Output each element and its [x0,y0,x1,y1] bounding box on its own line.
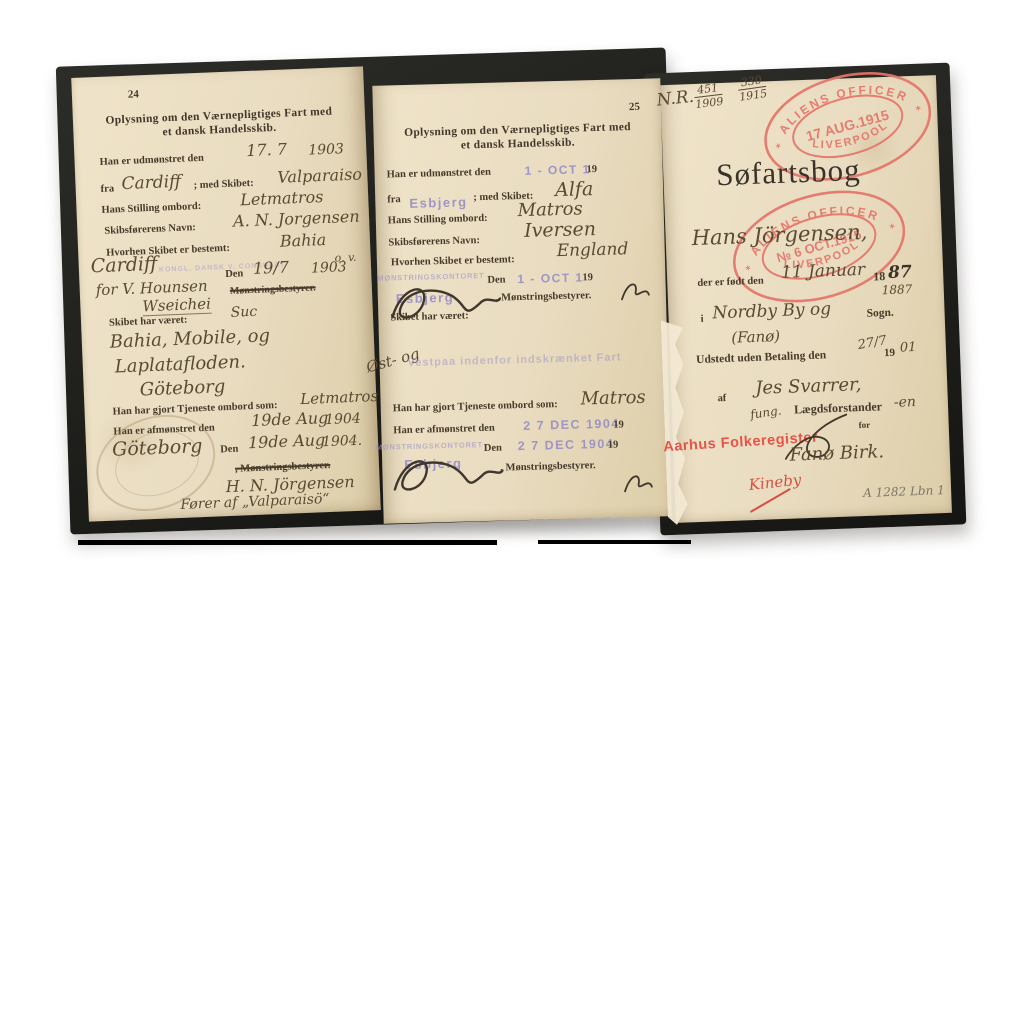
hw-afmonstret-year: 1904 [325,411,361,428]
hw-bestemt: Bahia [280,230,327,251]
photo-of-open-seamans-book: 24 Oplysning om den Værnepligtiges Fart … [0,0,1016,1016]
signature-flourish [617,277,652,308]
hw-fano: (Fanø) [731,327,780,347]
faint-oval-inner-ring [105,419,208,507]
label-afmonstret: Han er afmønstret den [393,423,495,437]
divider-rule-left [78,540,497,545]
page-number: 24 [128,88,139,100]
label-udmonstret: Han er udmønstret den [99,153,204,168]
hw-place-cardiff: Cardiff [90,253,157,278]
label-sogn: Sogn. [866,307,894,320]
label-stilling: Hans Stilling ombord: [388,213,488,227]
label-fra: fra [100,183,114,195]
hw-birk: Fanø Birk. [789,441,884,465]
pencil-inventory-note: A 1282 Lbn 1 [863,483,945,500]
signature-flourish-2 [620,469,655,500]
label-forer: Skibsførerens Navn: [388,235,480,248]
date-stamp-dec-2: 2 7 DEC 1904 [518,437,615,454]
hw-issuer-name: Jes Svarrer, [755,374,862,399]
hw-den-date: 19/7 [253,257,290,277]
hw-forer: A. N. Jorgensen [233,207,360,231]
label-monstringsbestyrer: , Mønstringsbestyrer. [496,290,592,303]
hw-udmonstret-date: 17. 7 [246,139,287,160]
label-udstedt: Udstedt uden Betaling den [696,349,826,366]
hw-stilling: Letmatros [240,187,324,209]
stamp-star-right: ✶ [887,221,897,233]
hw-ports-1: Bahia, Mobile, og [109,325,270,352]
fart-stamp: Vestpaa indenfor indskrænket Fart [407,351,621,369]
hw-forer-af-valparaiso: Fører af „Valparaisö“ [180,491,330,513]
hw-suc: Suc [230,304,257,321]
hw-birth-date: 11 Januar [781,260,866,283]
printed-year-19: 19 [884,347,895,359]
label-stilling: Hans Stilling ombord: [101,201,201,216]
label-fra: fra [387,194,401,205]
date-stamp-dec: 2 7 DEC 1904 [523,416,620,433]
hw-udmonstret-year: 1903 [308,141,344,158]
hw-ports-2: Laplatafloden. [114,351,246,377]
printed-year-19-4: 19 [608,440,619,451]
hw-tjeneste: Matros [580,387,646,410]
fraction-bottom: 1909 [695,95,724,110]
date-stamp-oct-2: 1 - OCT 1 [517,270,584,286]
label-skibet-har-vaeret: Skibet har været: [390,310,469,323]
esbjerg-stamp: Esbjerg [409,194,468,211]
hw-parish: Nordby By og [712,299,831,323]
middle-page: 25 Oplysning om den Værnepligtiges Fart … [372,78,671,523]
label-monstringsbestyrer-2: , Mønstringsbestyrer. [500,460,596,473]
label-udmonstret: Han er udmønstret den [387,167,492,181]
label-den: Den [225,268,244,280]
right-page: N.R. 451 1909 330 1915 ALIENS OFFICER LI… [660,75,952,523]
hw-fra-port: Cardiff [121,172,181,194]
hw-forer: Iversen [524,218,596,242]
label-forer: Skibsførerens Navn: [104,222,196,237]
stamp-star-right: ✶ [913,103,923,115]
hw-red-signature: Kineby [748,471,802,494]
printed-year-19: 19 [586,164,597,175]
hw-den2-date: 19de Aug [248,430,326,452]
hw-bestemt: England [556,239,628,261]
label-af: af [717,393,726,404]
stamp-star-left: ✶ [743,262,753,274]
label-monstringsbestyrer: Mønstringsbestyrer. [230,282,316,296]
printed-year-19-3: 19 [613,419,624,430]
signature-scrawl [383,274,504,333]
hw-issue-year: 01 [900,340,917,356]
label-bestemt: Hvorhen Skibet er bestemt: [391,254,515,268]
signature-scrawl-2 [386,444,507,505]
hw-ship-name: Valparaiso [277,164,362,186]
label-skibet-har-vaeret: Skibet har været: [109,315,188,329]
hw-laegd-suffix: -en [894,394,917,411]
hw-tjeneste: Letmatros [300,387,379,408]
hw-signature-weichei: Wseichei [142,295,211,317]
hw-den2-year: 1904. [322,433,363,451]
divider-rule-right [538,540,691,544]
hw-ports-3: Göteborg [139,376,225,400]
date-stamp-oct: 1 - OCT 1 [524,162,591,178]
stamp-star-left: ✶ [773,140,783,152]
page-number: 25 [629,101,640,113]
printed-year-19-2: 19 [582,272,593,283]
hw-birth-year: 87 [888,262,912,283]
label-den-2: Den [220,444,239,456]
hw-afmonstret-date: 19de Aug [251,408,329,430]
hw-registry-fraction-1: 451 1909 [693,82,724,110]
hw-registry-prefix: N.R. [656,87,695,111]
left-page: 24 Oplysning om den Værnepligtiges Fart … [71,66,381,521]
label-tjeneste: Han har gjort Tjeneste ombord som: [393,399,558,414]
label-i: i [700,314,703,325]
hw-birth-year-correction: 1887 [881,282,912,297]
hw-den-year: 1903 [311,259,347,276]
